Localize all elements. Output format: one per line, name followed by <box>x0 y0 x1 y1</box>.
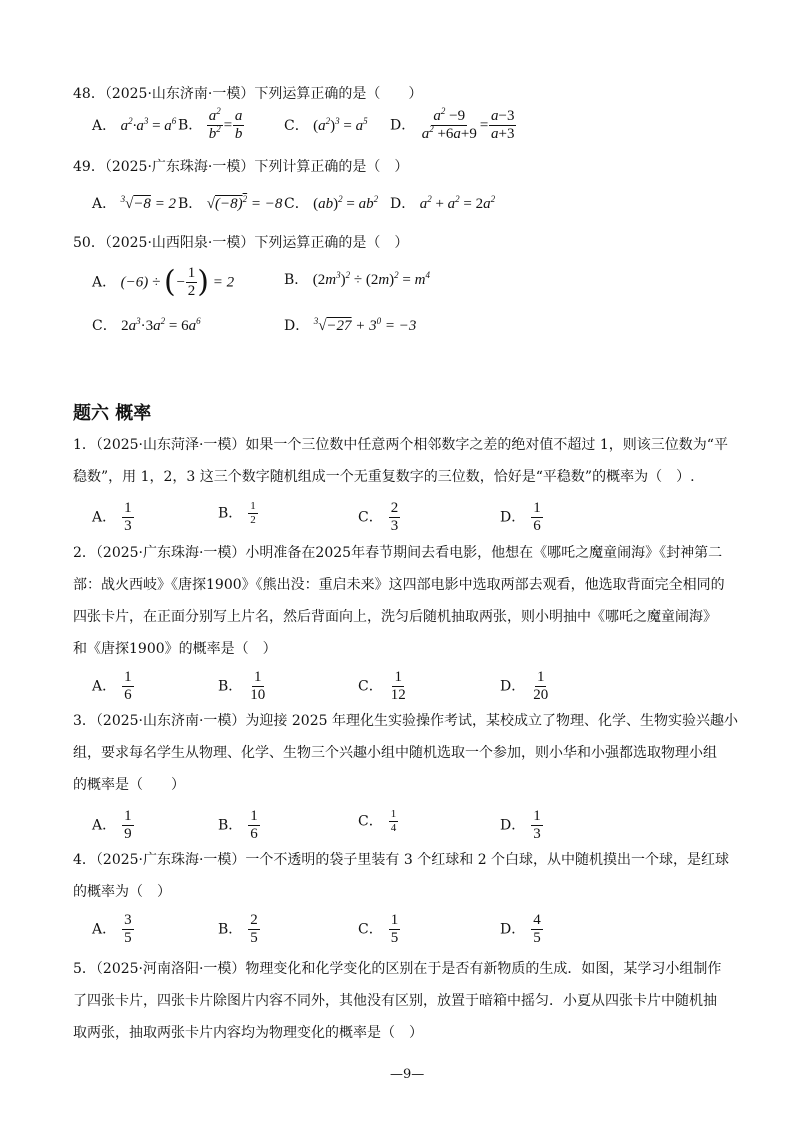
denominator: 6 <box>531 518 543 535</box>
p3-line-3: 的概率是（ ） <box>73 777 185 793</box>
fraction: 12 <box>248 500 258 527</box>
p4-option-c: C．15 <box>358 912 400 947</box>
numerator: 1 <box>531 808 543 826</box>
option-label: B． <box>218 506 242 522</box>
p3-option-d: D．13 <box>500 808 543 843</box>
option-label: A． <box>92 118 116 134</box>
option-label: B． <box>218 922 242 938</box>
numerator: 2 <box>248 912 260 930</box>
numerator: 1 <box>389 912 401 930</box>
p1-option-c: C．23 <box>358 500 400 535</box>
p1-line-1: 1．（2025·山东菏泽·一模）如果一个三位数中任意两个相邻数字之差的绝对值不超… <box>73 437 728 453</box>
q49-option-d: D． a2 + a2 = 2a2 <box>390 196 495 212</box>
q48-option-c: C． (a2)3 = a5 <box>284 118 368 134</box>
denominator: 20 <box>531 687 550 704</box>
p2-option-b: B．110 <box>218 669 267 704</box>
denominator: 3 <box>531 826 543 843</box>
option-label: C． <box>358 922 383 938</box>
question-49-stem: 49．（2025·广东珠海·一模）下列计算正确的是（ ） <box>73 159 408 175</box>
p1-option-b: B．12 <box>218 500 258 527</box>
option-label: D． <box>500 679 525 695</box>
numerator: 3 <box>122 912 134 930</box>
option-label: A． <box>92 196 116 212</box>
denominator: 12 <box>389 687 408 704</box>
p1-option-d: D．16 <box>500 500 543 535</box>
fraction: 25 <box>248 912 260 947</box>
p2-line-4: 和《唐探1900》的概率是（ ） <box>73 641 277 657</box>
fraction: 14 <box>389 808 399 835</box>
fraction: 35 <box>122 912 134 947</box>
option-label: C． <box>358 510 383 526</box>
q48-option-a: A． a2·a3 = a6 <box>92 118 176 134</box>
section-title: 题六 概率 <box>73 399 151 425</box>
option-label: A． <box>92 275 116 291</box>
p3-option-c: C．14 <box>358 808 398 835</box>
p3-option-a: A．19 <box>92 808 134 843</box>
denominator: 6 <box>122 687 134 704</box>
option-label: A． <box>92 510 116 526</box>
p4-option-d: D．45 <box>500 912 543 947</box>
fraction: 13 <box>122 500 134 535</box>
fraction: 15 <box>389 912 401 947</box>
numerator: 1 <box>531 500 543 518</box>
p5-line-1: 5．（2025·河南洛阳·一模）物理变化和化学变化的区别在于是否有新物质的生成．… <box>73 961 721 977</box>
p2-line-3: 四张卡片，在正面分别写上片名，然后背面向上，洗匀后随机抽取两张，则小明抽中《哪吒… <box>73 609 717 625</box>
p3-option-b: B．16 <box>218 808 260 843</box>
numerator: 1 <box>122 808 134 826</box>
fraction: 45 <box>531 912 543 947</box>
p3-line-2: 组，要求每名学生从物理、化学、生物三个兴趣小组中随机选取一个参加，则小华和小强都… <box>73 745 717 761</box>
p2-option-c: C．112 <box>358 669 408 704</box>
p5-line-2: 了四张卡片，四张卡片除图片内容不同外，其他没有区别，放置于暗箱中摇匀．小夏从四张… <box>73 993 717 1009</box>
p2-option-d: D．120 <box>500 669 550 704</box>
denominator: 5 <box>531 930 543 947</box>
p4-line-2: 的概率为（ ） <box>73 884 171 900</box>
denominator: 5 <box>248 930 260 947</box>
q50-option-c: C． 2a3·3a2 = 6a6 <box>92 318 201 334</box>
q49-option-a: A． 3√−8 = 2 <box>92 196 176 212</box>
fraction: 110 <box>248 669 267 704</box>
fraction: 23 <box>389 500 401 535</box>
p1-line-2: 稳数”，用 1，2，3 这三个数字随机组成一个无重复数字的三位数，恰好是“平稳数… <box>73 469 695 485</box>
p1-option-a: A．13 <box>92 500 134 535</box>
page-number: —9— <box>390 1067 424 1082</box>
option-label: B． <box>218 818 242 834</box>
option-label: B． <box>284 272 308 288</box>
fraction: 13 <box>531 808 543 843</box>
numerator: 2 <box>389 500 401 518</box>
denominator: 5 <box>389 930 401 947</box>
option-label: C． <box>358 814 383 830</box>
denominator: 5 <box>122 930 134 947</box>
denominator: 3 <box>389 518 401 535</box>
denominator: 4 <box>389 822 399 835</box>
denominator: 10 <box>248 687 267 704</box>
numerator: 1 <box>248 500 258 514</box>
q49-option-b: B． √(−8)2 = −8 <box>178 196 282 212</box>
option-label: D． <box>390 196 415 212</box>
option-label: D． <box>390 118 415 134</box>
option-label: C． <box>284 196 309 212</box>
q50-option-b: B． (2m3)2 ÷ (2m)2 = m4 <box>284 272 430 288</box>
p2-line-2: 部：战火西岐》《唐探1900》《熊出没：重启未来》这四部电影中选取两部去观看，他… <box>73 577 725 593</box>
numerator: 1 <box>252 669 264 687</box>
option-label: B． <box>218 679 242 695</box>
numerator: 1 <box>389 808 399 822</box>
question-48-stem: 48．（2025·山东济南·一模）下列运算正确的是（ ） <box>73 86 422 102</box>
p2-line-1: 2．（2025·广东珠海·一模）小明准备在2025年春节期间去看电影，他想在《哪… <box>73 545 722 561</box>
option-label: B． <box>178 196 202 212</box>
p2-option-a: A．16 <box>92 669 134 704</box>
q50-option-d: D． 3√−27 + 30 = −3 <box>284 318 416 334</box>
option-label: D． <box>284 318 309 334</box>
option-label: A． <box>92 922 116 938</box>
option-label: C． <box>92 318 117 334</box>
p4-line-1: 4．（2025·广东珠海·一模）一个不透明的袋子里装有 3 个红球和 2 个白球… <box>73 852 729 868</box>
p5-line-3: 取两张，抽取两张卡片内容均为物理变化的概率是（ ） <box>73 1025 423 1041</box>
denominator: 3 <box>122 518 134 535</box>
option-label: A． <box>92 818 116 834</box>
numerator: 1 <box>122 669 134 687</box>
fraction: 19 <box>122 808 134 843</box>
option-label: C． <box>358 679 383 695</box>
p3-line-1: 3．（2025·山东济南·一模）为迎接 2025 年理化生实验操作考试，某校成立… <box>73 713 738 729</box>
p4-option-b: B．25 <box>218 912 260 947</box>
q50-option-a: A． (−6) ÷ (−12) = 2 <box>92 265 234 300</box>
option-label: B． <box>178 118 202 134</box>
denominator: 6 <box>248 826 260 843</box>
option-label: D． <box>500 510 525 526</box>
q48-option-d: D． a2 −9a2 +6a+9=a−3a+3 <box>390 108 516 143</box>
fraction: 120 <box>531 669 550 704</box>
fraction: 112 <box>389 669 408 704</box>
option-label: C． <box>284 118 309 134</box>
numerator: 1 <box>535 669 547 687</box>
question-50-stem: 50．（2025·山西阳泉·一模）下列运算正确的是（ ） <box>73 235 408 251</box>
numerator: 1 <box>122 500 134 518</box>
option-label: D． <box>500 922 525 938</box>
option-label: A． <box>92 679 116 695</box>
option-label: D． <box>500 818 525 834</box>
denominator: 9 <box>122 826 134 843</box>
numerator: 4 <box>531 912 543 930</box>
denominator: 2 <box>248 514 258 527</box>
q49-option-c: C． (ab)2 = ab2 <box>284 196 378 212</box>
numerator: 1 <box>248 808 260 826</box>
q48-option-b: B． a2b2=ab <box>178 108 244 143</box>
fraction: 16 <box>531 500 543 535</box>
fraction: 16 <box>248 808 260 843</box>
fraction: 16 <box>122 669 134 704</box>
numerator: 1 <box>392 669 404 687</box>
p4-option-a: A．35 <box>92 912 134 947</box>
